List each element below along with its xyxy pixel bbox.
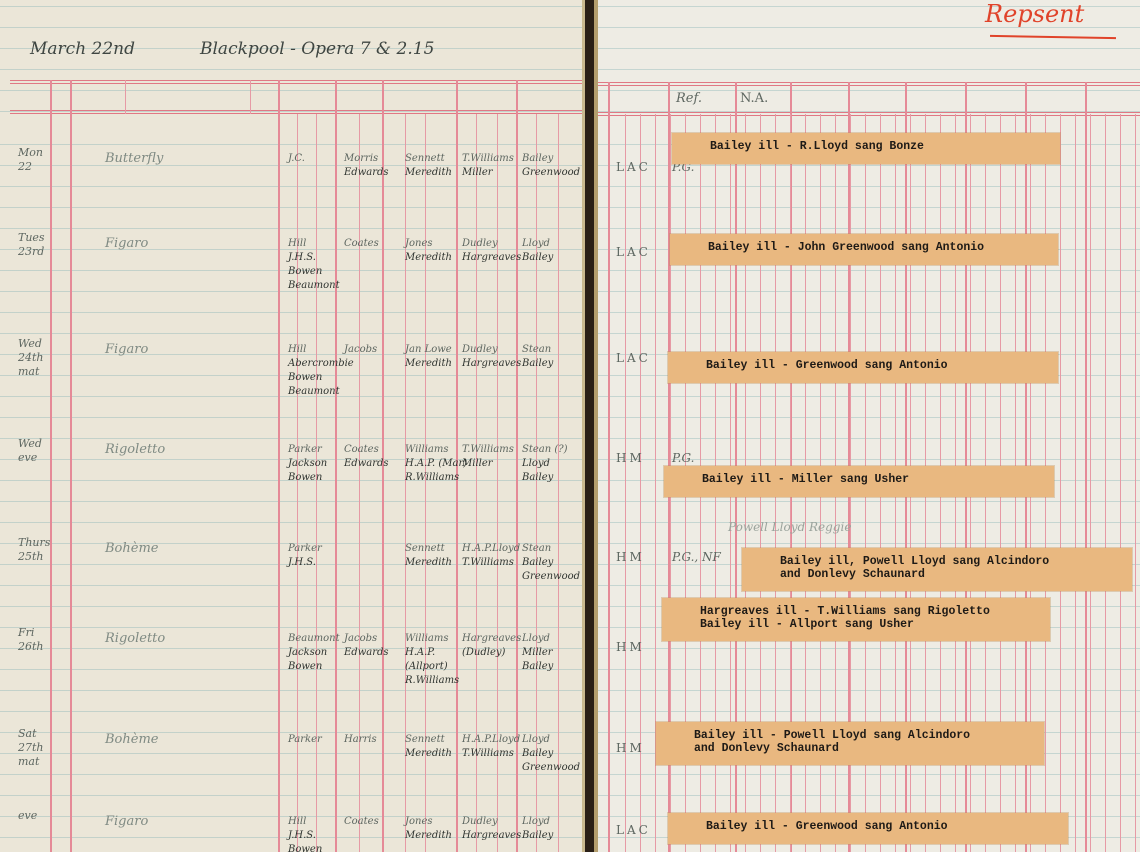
cast-name: Jones [405, 815, 433, 829]
column-rule [1085, 82, 1087, 852]
day-label: 22 [18, 160, 32, 174]
cast-name: Dudley [462, 237, 498, 251]
ref-code: HM [616, 640, 645, 654]
cast-name: Jacobs [344, 343, 377, 357]
cast-name: J.H.S. [288, 829, 316, 843]
cast-name: J.C. [288, 152, 305, 166]
note-line: Bailey ill - Miller sang Usher [664, 473, 1054, 486]
cast-name: Edwards [344, 457, 389, 471]
cast-name: Meredith [405, 747, 452, 761]
cast-name: T.Williams [462, 747, 514, 761]
cast-name: Meredith [405, 166, 452, 180]
cast-name: Greenwood [522, 761, 580, 775]
cast-name: Lloyd [522, 815, 550, 829]
day-label: eve [18, 809, 37, 823]
na-header: N.A. [740, 92, 768, 106]
cast-name: Hargreaves [462, 829, 521, 843]
cast-name: Edwards [344, 166, 389, 180]
cast-name: Bailey [522, 471, 553, 485]
cast-name: J.H.S. [288, 556, 316, 570]
day-label: eve [18, 451, 37, 465]
cast-name: H.A.P. (Mar) [405, 457, 467, 471]
opera-title: Butterfly [105, 152, 163, 166]
cast-name: T.Williams [462, 152, 514, 166]
note-line: Bailey ill - Powell Lloyd sang Alcindoro [656, 729, 1044, 742]
ref-code: LAC [616, 823, 651, 837]
note-line: Bailey ill - R.Lloyd sang Bonze [672, 140, 1060, 153]
column-rule [1075, 114, 1076, 852]
cast-name: Meredith [405, 829, 452, 843]
ref-code: HM [616, 741, 645, 755]
pasted-note: Bailey ill - John Greenwood sang Antonio [670, 234, 1058, 265]
column-rule [608, 82, 610, 852]
note-line: Bailey ill - Allport sang Usher [662, 618, 1050, 631]
ref-code: HM [616, 451, 645, 465]
cast-name: Sennett [405, 542, 445, 556]
cast-name: J.H.S. [288, 251, 316, 265]
cast-name: Coates [344, 815, 379, 829]
pasted-note: Bailey ill - Powell Lloyd sang Alcindoro… [656, 722, 1044, 765]
pasted-note: Bailey ill, Powell Lloyd sang Alcindoroa… [742, 548, 1132, 591]
cast-name: Sennett [405, 733, 445, 747]
cast-name: Hill [288, 237, 306, 251]
column-rule [558, 114, 559, 852]
cast-name: Jackson [288, 646, 327, 660]
ledger-spread: March 22nd Blackpool - Opera 7 & 2.15 Re… [0, 0, 1140, 852]
cast-name: Hill [288, 343, 306, 357]
cast-name: (Allport) [405, 660, 448, 674]
cast-name: Miller [462, 166, 493, 180]
column-rule [278, 80, 280, 852]
column-rule [125, 80, 126, 114]
cast-name: Coates [344, 443, 379, 457]
stamp-repsent: Repsent [985, 0, 1084, 28]
note-line: Hargreaves ill - T.Williams sang Rigolet… [662, 605, 1050, 618]
cast-name: Greenwood [522, 570, 580, 584]
cast-name: Bailey [522, 660, 553, 674]
opera-title: Figaro [105, 343, 148, 357]
cast-name: Jackson [288, 457, 327, 471]
column-rule [1105, 114, 1106, 852]
cast-name: Lloyd [522, 457, 550, 471]
cast-name: Beaumont [288, 279, 340, 293]
cast-name: Lloyd [522, 632, 550, 646]
ref-code: LAC [616, 351, 651, 365]
cast-name: Harris [344, 733, 377, 747]
cast-name: Stean (?) [522, 443, 568, 457]
cast-name: T.Williams [462, 556, 514, 570]
cast-name: Stean [522, 542, 551, 556]
ref-code: HM [616, 550, 645, 564]
note-line: Bailey ill, Powell Lloyd sang Alcindoro [742, 555, 1132, 568]
day-label: Sat [18, 727, 37, 741]
cast-name: Hargreaves [462, 357, 521, 371]
column-rule [1135, 114, 1136, 852]
cast-name: Bailey [522, 152, 553, 166]
pasted-note: Bailey ill - R.Lloyd sang Bonze [672, 133, 1060, 164]
pasted-note: Bailey ill - Greenwood sang Antonio [668, 352, 1058, 383]
opera-title: Figaro [105, 237, 148, 251]
opera-title: Bohème [105, 542, 158, 556]
header-date: March 22nd [30, 42, 135, 56]
cast-name: Sennett [405, 152, 445, 166]
cast-name: T.Williams [462, 443, 514, 457]
day-label: Mon [18, 146, 43, 160]
cast-name: Edwards [344, 646, 389, 660]
day-label: mat [18, 755, 39, 769]
opera-title: Rigoletto [105, 632, 165, 646]
cast-name: Williams [405, 443, 448, 457]
cast-name: Bailey [522, 829, 553, 843]
cast-name: Bowen [288, 265, 322, 279]
cast-name: Beaumont [288, 632, 340, 646]
cast-name: Miller [462, 457, 493, 471]
pasted-note: Bailey ill - Greenwood sang Antonio [668, 813, 1068, 844]
cast-name: Hargreaves [462, 251, 521, 265]
cast-name: Bowen [288, 471, 322, 485]
ref-code: LAC [616, 245, 651, 259]
cast-name: R.Williams [405, 674, 459, 688]
cast-name: Abercrombie [288, 357, 354, 371]
cast-name: Miller [522, 646, 553, 660]
cast-name: Parker [288, 443, 322, 457]
cast-name: Bowen [288, 371, 322, 385]
cast-name: Jones [405, 237, 433, 251]
column-rule [50, 80, 52, 852]
opera-title: Bohème [105, 733, 158, 747]
cast-name: Bowen [288, 843, 322, 852]
cast-name: Bailey [522, 251, 553, 265]
note-line: Bailey ill - John Greenwood sang Antonio [670, 241, 1058, 254]
column-rule [1060, 114, 1061, 852]
cast-name: Bowen [288, 660, 322, 674]
note-line: Bailey ill - Greenwood sang Antonio [668, 359, 1058, 372]
column-rule [70, 80, 72, 852]
cast-name: H.A.P.Lloyd [462, 733, 520, 747]
cast-name: Hill [288, 815, 306, 829]
pasted-note: Bailey ill - Miller sang Usher [664, 466, 1054, 497]
cast-name: Parker [288, 542, 322, 556]
cast-name: Stean [522, 343, 551, 357]
note-line: Bailey ill - Greenwood sang Antonio [668, 820, 1068, 833]
cast-name: Lloyd [522, 733, 550, 747]
cast-name: Hargreaves [462, 632, 521, 646]
cast-name: Meredith [405, 556, 452, 570]
header-rule [598, 82, 1140, 86]
header-venue: Blackpool - Opera 7 & 2.15 [200, 42, 434, 56]
column-rule [1090, 114, 1091, 852]
column-rule [335, 80, 337, 852]
day-label: Thurs [18, 536, 50, 550]
cast-name: Coates [344, 237, 379, 251]
day-label: mat [18, 365, 39, 379]
cast-name: H.A.P. [405, 646, 435, 660]
ref-code: LAC [616, 160, 651, 174]
cast-name: Lloyd [522, 237, 550, 251]
header-rule [598, 112, 1140, 116]
book-spine [582, 0, 598, 852]
na-code: P.G. [672, 451, 694, 465]
note-line: and Donlevy Schaunard [656, 742, 1044, 755]
cast-name: Bailey [522, 357, 553, 371]
day-label: Wed [18, 337, 42, 351]
day-label: 23rd [18, 245, 44, 259]
cast-name: Jacobs [344, 632, 377, 646]
cast-name: Meredith [405, 357, 452, 371]
cast-name: Meredith [405, 251, 452, 265]
cast-name: Dudley [462, 343, 498, 357]
cast-name: Bailey [522, 556, 553, 570]
cast-name: Beaumont [288, 385, 340, 399]
day-label: 27th [18, 741, 44, 755]
day-label: 26th [18, 640, 44, 654]
cast-name: Jan Lowe [405, 343, 452, 357]
opera-title: Rigoletto [105, 443, 165, 457]
cast-name: Bailey [522, 747, 553, 761]
cast-name: R.Williams [405, 471, 459, 485]
cast-name: Morris [344, 152, 378, 166]
margin-note: Powell Lloyd Reggie [728, 520, 851, 534]
na-code: P.G., NF [672, 550, 721, 564]
day-label: 25th [18, 550, 44, 564]
day-label: Tues [18, 231, 45, 245]
opera-title: Figaro [105, 815, 148, 829]
cast-name: H.A.P.Lloyd [462, 542, 520, 556]
ref-header: Ref. [676, 92, 702, 106]
cast-name: Williams [405, 632, 448, 646]
cast-name: Dudley [462, 815, 498, 829]
day-label: Wed [18, 437, 42, 451]
note-line: and Donlevy Schaunard [742, 568, 1132, 581]
cast-name: Parker [288, 733, 322, 747]
cast-name: (Dudley) [462, 646, 505, 660]
day-label: 24th [18, 351, 44, 365]
column-rule [250, 80, 251, 114]
pasted-note: Hargreaves ill - T.Williams sang Rigolet… [662, 598, 1050, 641]
day-label: Fri [18, 626, 34, 640]
cast-name: Greenwood [522, 166, 580, 180]
header-rule [10, 80, 582, 84]
column-rule [1120, 114, 1121, 852]
